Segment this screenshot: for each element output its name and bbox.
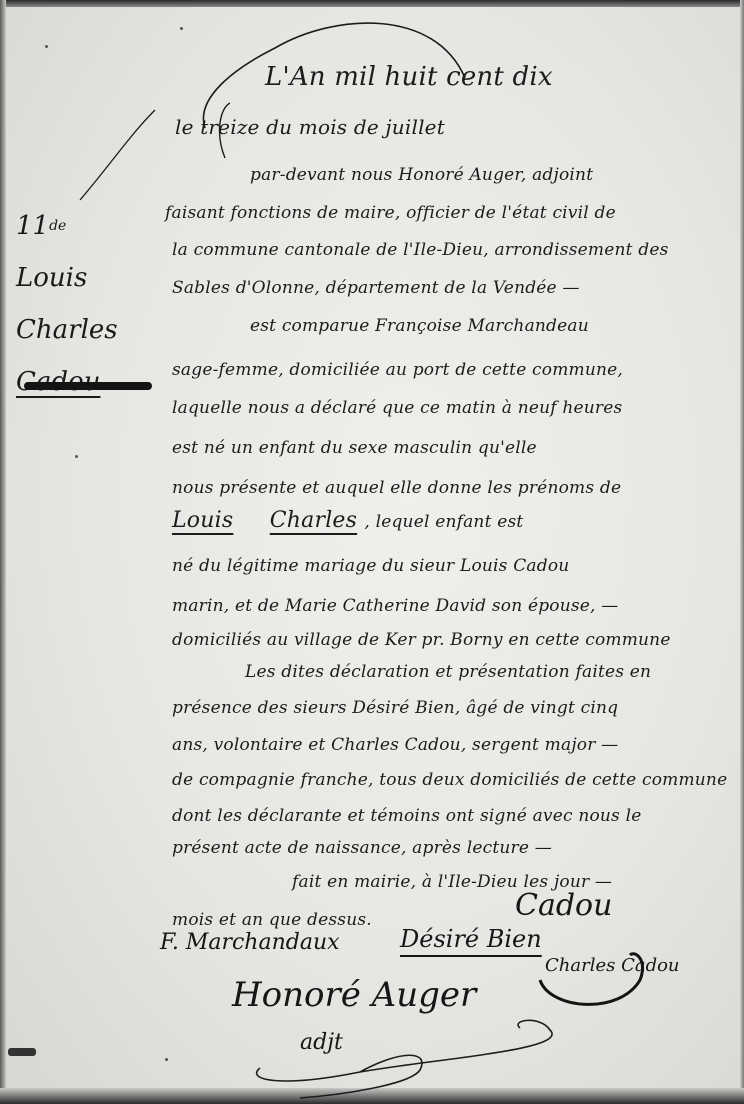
body-line-6: Sables d'Olonne, département de la Vendé… <box>172 278 580 298</box>
paper-speck <box>45 45 48 48</box>
body-line-3: par-devant nous Honoré Auger, adjoint <box>250 165 593 185</box>
margin-name-first: Louis <box>16 252 166 304</box>
margin-flourish-icon <box>60 105 170 215</box>
paper-speck <box>165 1058 168 1061</box>
body-line-11: nous présente et auquel elle donne les p… <box>172 478 621 498</box>
signature-witness-1: Désiré Bien <box>400 925 542 953</box>
body-line-13: né du légitime mariage du sieur Louis Ca… <box>172 556 569 576</box>
margin-entry-number: 11de <box>16 200 166 252</box>
body-line-2: le treize du mois de juillet <box>175 115 445 139</box>
margin-name-middle: Charles <box>16 304 166 356</box>
body-line-17: présence des sieurs Désiré Bien, âgé de … <box>172 698 618 718</box>
body-line-19: de compagnie franche, tous deux domicili… <box>172 770 727 790</box>
body-line-12: Louis Charles , lequel enfant est <box>172 508 523 533</box>
body-line-18: ans, volontaire et Charles Cadou, sergen… <box>172 735 618 755</box>
entry-number: 11 <box>16 211 49 241</box>
body-line-10: est né un enfant du sexe masculin qu'ell… <box>172 438 537 458</box>
body-line-15: domiciliés au village de Ker pr. Borny e… <box>172 630 671 650</box>
page-left-edge <box>0 0 6 1104</box>
signature-officer: Honoré Auger <box>232 975 476 1015</box>
page-right-edge <box>740 0 744 1104</box>
paper-speck <box>75 455 78 458</box>
body-line-4: faisant fonctions de maire, officier de … <box>165 203 616 223</box>
child-second-name: Charles <box>270 508 357 533</box>
body-line-16: Les dites déclaration et présentation fa… <box>245 662 651 682</box>
paper-speck <box>180 27 183 30</box>
body-line-14: marin, et de Marie Catherine David son é… <box>172 596 618 616</box>
margin-note: 11de Louis Charles Cadou <box>16 200 166 408</box>
body-line-20: dont les déclarante et témoins ont signé… <box>172 806 641 826</box>
ink-smudge <box>8 1048 36 1056</box>
body-line-1: L'An mil huit cent dix <box>265 62 553 92</box>
register-page: 11de Louis Charles Cadou L'An mil huit c… <box>0 0 744 1104</box>
body-line-9: laquelle nous a déclaré que ce matin à n… <box>172 398 622 418</box>
officer-paraph-icon <box>240 1010 570 1100</box>
body-line-5: la commune cantonale de l'Ile-Dieu, arro… <box>172 240 669 260</box>
body-line-8: sage-femme, domiciliée au port de cette … <box>172 360 623 380</box>
signature-midwife: F. Marchandaux <box>160 930 340 955</box>
margin-ink-bar <box>24 382 152 390</box>
signature-witness-2: Cadou <box>515 888 612 923</box>
entry-suffix: de <box>49 218 66 234</box>
page-top-edge <box>0 0 744 7</box>
body-line-21: présent acte de naissance, après lecture… <box>172 838 552 858</box>
body-line-7: est comparue Françoise Marchandeau <box>250 316 589 336</box>
child-first-name: Louis <box>172 508 233 533</box>
witness-3-paraph-icon <box>530 940 660 1020</box>
body-line-23: mois et an que dessus. <box>172 910 372 930</box>
